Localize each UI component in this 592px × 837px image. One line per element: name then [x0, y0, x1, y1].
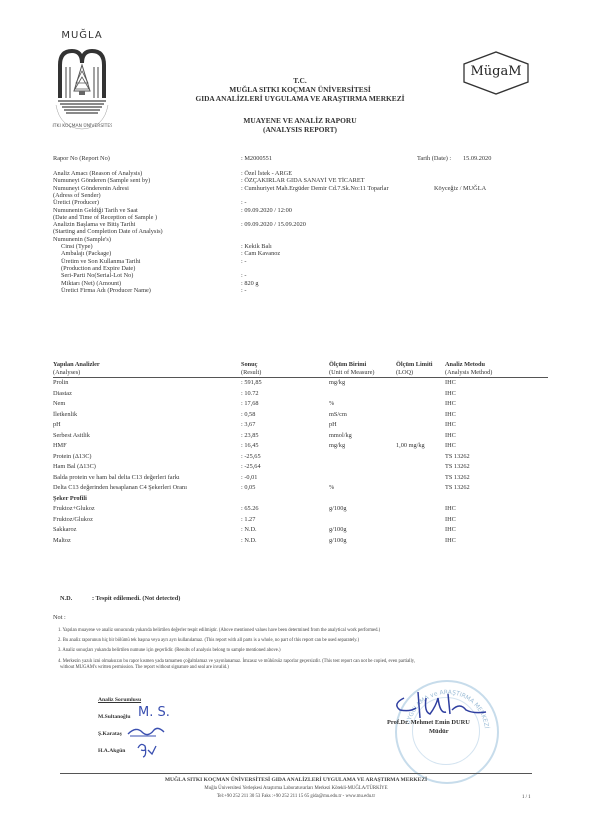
column-header-en: (Analyses): [53, 369, 80, 376]
university-logo: MUĞLA SITKI KOÇMAN ÜNİVERSİTESİ: [52, 28, 112, 133]
date-label: Tarih (Date) :: [417, 155, 451, 162]
director-name: Prof.Dr. Mehmet Emin DURU: [387, 719, 470, 726]
table-cell-result: : 591,85: [241, 379, 262, 386]
table-row-analysis: Protein (Δ13C): [53, 453, 92, 460]
table-cell-result: : 1.27: [241, 516, 255, 523]
table-cell-method: TS 13262: [445, 474, 470, 481]
info-label: Numunenin Geldiği Tarih ve Saat: [53, 207, 138, 214]
column-header-en: (Analysis Method): [445, 369, 492, 376]
table-cell-unit: mg/kg: [329, 442, 345, 449]
table-cell-method: IHC: [445, 432, 456, 439]
nd-abbr: N.D.: [60, 595, 72, 602]
table-cell-method: IHC: [445, 442, 456, 449]
sample-label: Üretici Firma Adı (Producer Name): [61, 287, 151, 294]
table-row-analysis: Delta C13 değerinden hesaplanan C4 Şeker…: [53, 484, 187, 491]
info-value-city: Köyceğiz / MUĞLA: [434, 185, 486, 192]
info-label: (Adress of Sender): [53, 192, 101, 199]
table-cell-unit: mg/kg: [329, 379, 345, 386]
sample-value: : -: [241, 272, 246, 279]
column-header: Analiz Metodu: [445, 361, 485, 368]
table-cell-result: : -25,65: [241, 453, 261, 460]
info-label: Üretici (Producer): [53, 199, 99, 206]
table-cell-unit: mS/cm: [329, 411, 347, 418]
sample-label: (Production and Expire Date): [61, 265, 135, 272]
notes-title: Not :: [53, 614, 66, 621]
table-cell-result: : 17,68: [241, 400, 259, 407]
footer-institution: MUĞLA SITKI KOÇMAN ÜNİVERSİTESİ GIDA ANA…: [60, 777, 532, 783]
table-cell-method: IHC: [445, 421, 456, 428]
table-cell-result: : 65.26: [241, 505, 259, 512]
info-label: Numuneyi Gönderenin Adresi: [53, 185, 129, 192]
table-cell-result: : N.D.: [241, 537, 257, 544]
sample-value: : -: [241, 258, 246, 265]
table-cell-result: : 0,58: [241, 411, 255, 418]
table-row-analysis: Balda protein ve ham bal delta C13 değer…: [53, 474, 180, 481]
table-cell-method: IHC: [445, 400, 456, 407]
info-label: (Starting and Completion Date of Analysi…: [53, 228, 163, 235]
svg-text:SITKI KOÇMAN ÜNİVERSİTESİ: SITKI KOÇMAN ÜNİVERSİTESİ: [52, 122, 112, 129]
table-cell-unit: %: [329, 484, 334, 491]
table-cell-method: IHC: [445, 505, 456, 512]
table-row-analysis: Maltoz: [53, 537, 71, 544]
sample-value: : -: [241, 287, 246, 294]
table-row-analysis: pH: [53, 421, 61, 428]
table-cell-method: IHC: [445, 526, 456, 533]
table-cell-unit: pH: [329, 421, 337, 428]
header-center-name: GIDA ANALİZLERİ UYGULAMA VE ARAŞTIRMA ME…: [150, 94, 450, 104]
table-row-analysis: Fruktoz/Glukoz: [53, 516, 93, 523]
signer-1-signature: M. S.: [138, 705, 170, 720]
table-row-analysis: Ham Bal (Δ13C): [53, 463, 96, 470]
sample-label: Miktarı (Net) (Amount): [61, 280, 121, 287]
info-label: Numuneyi Gönderen (Sample sent by): [53, 177, 150, 184]
column-header: Ölçüm Birimi: [329, 361, 366, 368]
table-cell-method: IHC: [445, 390, 456, 397]
note-item: 2. Bu analiz raporunun hiç bir bölümü te…: [58, 638, 359, 643]
table-cell-result: : N.D.: [241, 526, 257, 533]
column-header: Ölçüm Limiti: [396, 361, 433, 368]
column-header-en: (Unit of Measure): [329, 369, 374, 376]
table-row-analysis: HMF: [53, 442, 67, 449]
table-cell-unit: g/100g: [329, 537, 347, 544]
sample-value: : 820 g: [241, 280, 259, 287]
table-row-analysis: Prolin: [53, 379, 68, 386]
table-row-analysis: Nem: [53, 400, 65, 407]
column-header-en: (Result): [241, 369, 261, 376]
table-cell-unit: g/100g: [329, 526, 347, 533]
info-value: : 09.09.2020 / 15.09.2020: [241, 221, 306, 228]
report-subtitle: (ANALYSIS REPORT): [150, 125, 450, 135]
table-cell-result: : 3,67: [241, 421, 255, 428]
table-cell-method: TS 13262: [445, 484, 470, 491]
table-cell-unit: g/100g: [329, 505, 347, 512]
info-label: (Date and Time of Reception of Sample ): [53, 214, 157, 221]
table-cell-result: : -25,64: [241, 463, 261, 470]
table-row-analysis: Şeker Profili: [53, 495, 87, 502]
table-row-analysis: Fruktoz+Glukoz: [53, 505, 95, 512]
sample-label: Üretim ve Son Kullanma Tarihi: [61, 258, 141, 265]
info-value: : Özel İstek - ARGE: [241, 170, 292, 177]
table-cell-result: : 23,85: [241, 432, 259, 439]
table-row-analysis: Diastaz: [53, 390, 72, 397]
signer-1-name: M.Sultanoğlu: [98, 714, 130, 720]
analysis-responsible-title: Analiz Sorumlusu: [98, 697, 141, 703]
sample-value: : Cam Kavanoz: [241, 250, 280, 257]
page-number: 1 / 1: [522, 795, 531, 800]
table-cell-unit: %: [329, 400, 334, 407]
report-no-value: : M2000551: [241, 155, 272, 162]
sample-label: Cinsi (Type): [61, 243, 93, 250]
table-cell-result: : 16,45: [241, 442, 259, 449]
info-value: : ÖZÇAKIRLAR GIDA SANAYİ VE TİCARET: [241, 177, 365, 184]
table-cell-result: : 10.72: [241, 390, 259, 397]
sample-label: Seri-Parti No(Serial-Lot No): [61, 272, 133, 279]
university-emblem-icon: SITKI KOÇMAN ÜNİVERSİTESİ: [52, 43, 112, 133]
info-value: : -: [241, 199, 246, 206]
director-title: Müdür: [429, 728, 449, 735]
sample-value: : Kekik Balı: [241, 243, 272, 250]
report-no-label: Rapor No (Report No): [53, 155, 110, 162]
table-header-divider: [53, 377, 548, 378]
mugam-logo-text: MügaM: [462, 64, 530, 79]
column-header-en: (LOQ): [396, 369, 413, 376]
signer-2-signature-icon: [126, 724, 166, 740]
footer-divider: [60, 773, 532, 774]
info-label: Analizin Başlama ve Bitiş Tarihi: [53, 221, 135, 228]
mugam-logo: MügaM: [462, 50, 530, 96]
table-cell-result: : -0,01: [241, 474, 257, 481]
column-header: Sonuç: [241, 361, 257, 368]
table-cell-unit: mmol/kg: [329, 432, 352, 439]
date-value: 15.09.2020: [463, 155, 491, 162]
table-cell-loq: 1,00 mg/kg: [396, 442, 425, 449]
table-cell-result: : 0,05: [241, 484, 255, 491]
table-cell-method: TS 13262: [445, 463, 470, 470]
table-row-analysis: Sakkaroz: [53, 526, 76, 533]
signer-3-signature-icon: [135, 740, 159, 758]
note-item: 4. Merkezin yazılı izni olmaksızın bu ra…: [58, 659, 415, 664]
signer-2-name: Ş.Karataş: [98, 731, 122, 737]
signer-3-name: H.A.Akgün: [98, 748, 125, 754]
table-row-analysis: Serbest Asitlik: [53, 432, 90, 439]
note-item: 1. Yapılan muayene ve analiz sonucunda y…: [58, 628, 380, 633]
footer-contact: Tel:+90 252 211 30 53 Faks :+90 252 211 …: [60, 794, 532, 799]
footer-address: Muğla Üniversitesi Yerleşkesi Araştırma …: [60, 786, 532, 791]
table-cell-method: TS 13262: [445, 453, 470, 460]
university-logo-text: MUĞLA: [52, 30, 112, 41]
table-cell-method: IHC: [445, 379, 456, 386]
info-label: Analiz Amacı (Reason of Analysis): [53, 170, 142, 177]
nd-definition: : Tespit edilemedi. (Not detected): [92, 595, 180, 602]
info-value: : Cumhuriyet Mah.Ergüder Demir Cd.7.Sk.N…: [241, 185, 389, 192]
table-row-analysis: İletkenlik: [53, 411, 77, 418]
sample-label: Ambalajı (Package): [61, 250, 111, 257]
info-value: : 09.09.2020 / 12:00: [241, 207, 292, 214]
table-cell-method: IHC: [445, 411, 456, 418]
table-cell-method: IHC: [445, 516, 456, 523]
note-item: 3. Analiz sonuçları yukarıda belirtilen …: [58, 648, 281, 653]
table-cell-method: IHC: [445, 537, 456, 544]
note-item: without MUGAM's written permission. The …: [60, 665, 229, 670]
column-header: Yapılan Analizler: [53, 361, 100, 368]
info-label: Numunenin (Sample's): [53, 236, 111, 243]
